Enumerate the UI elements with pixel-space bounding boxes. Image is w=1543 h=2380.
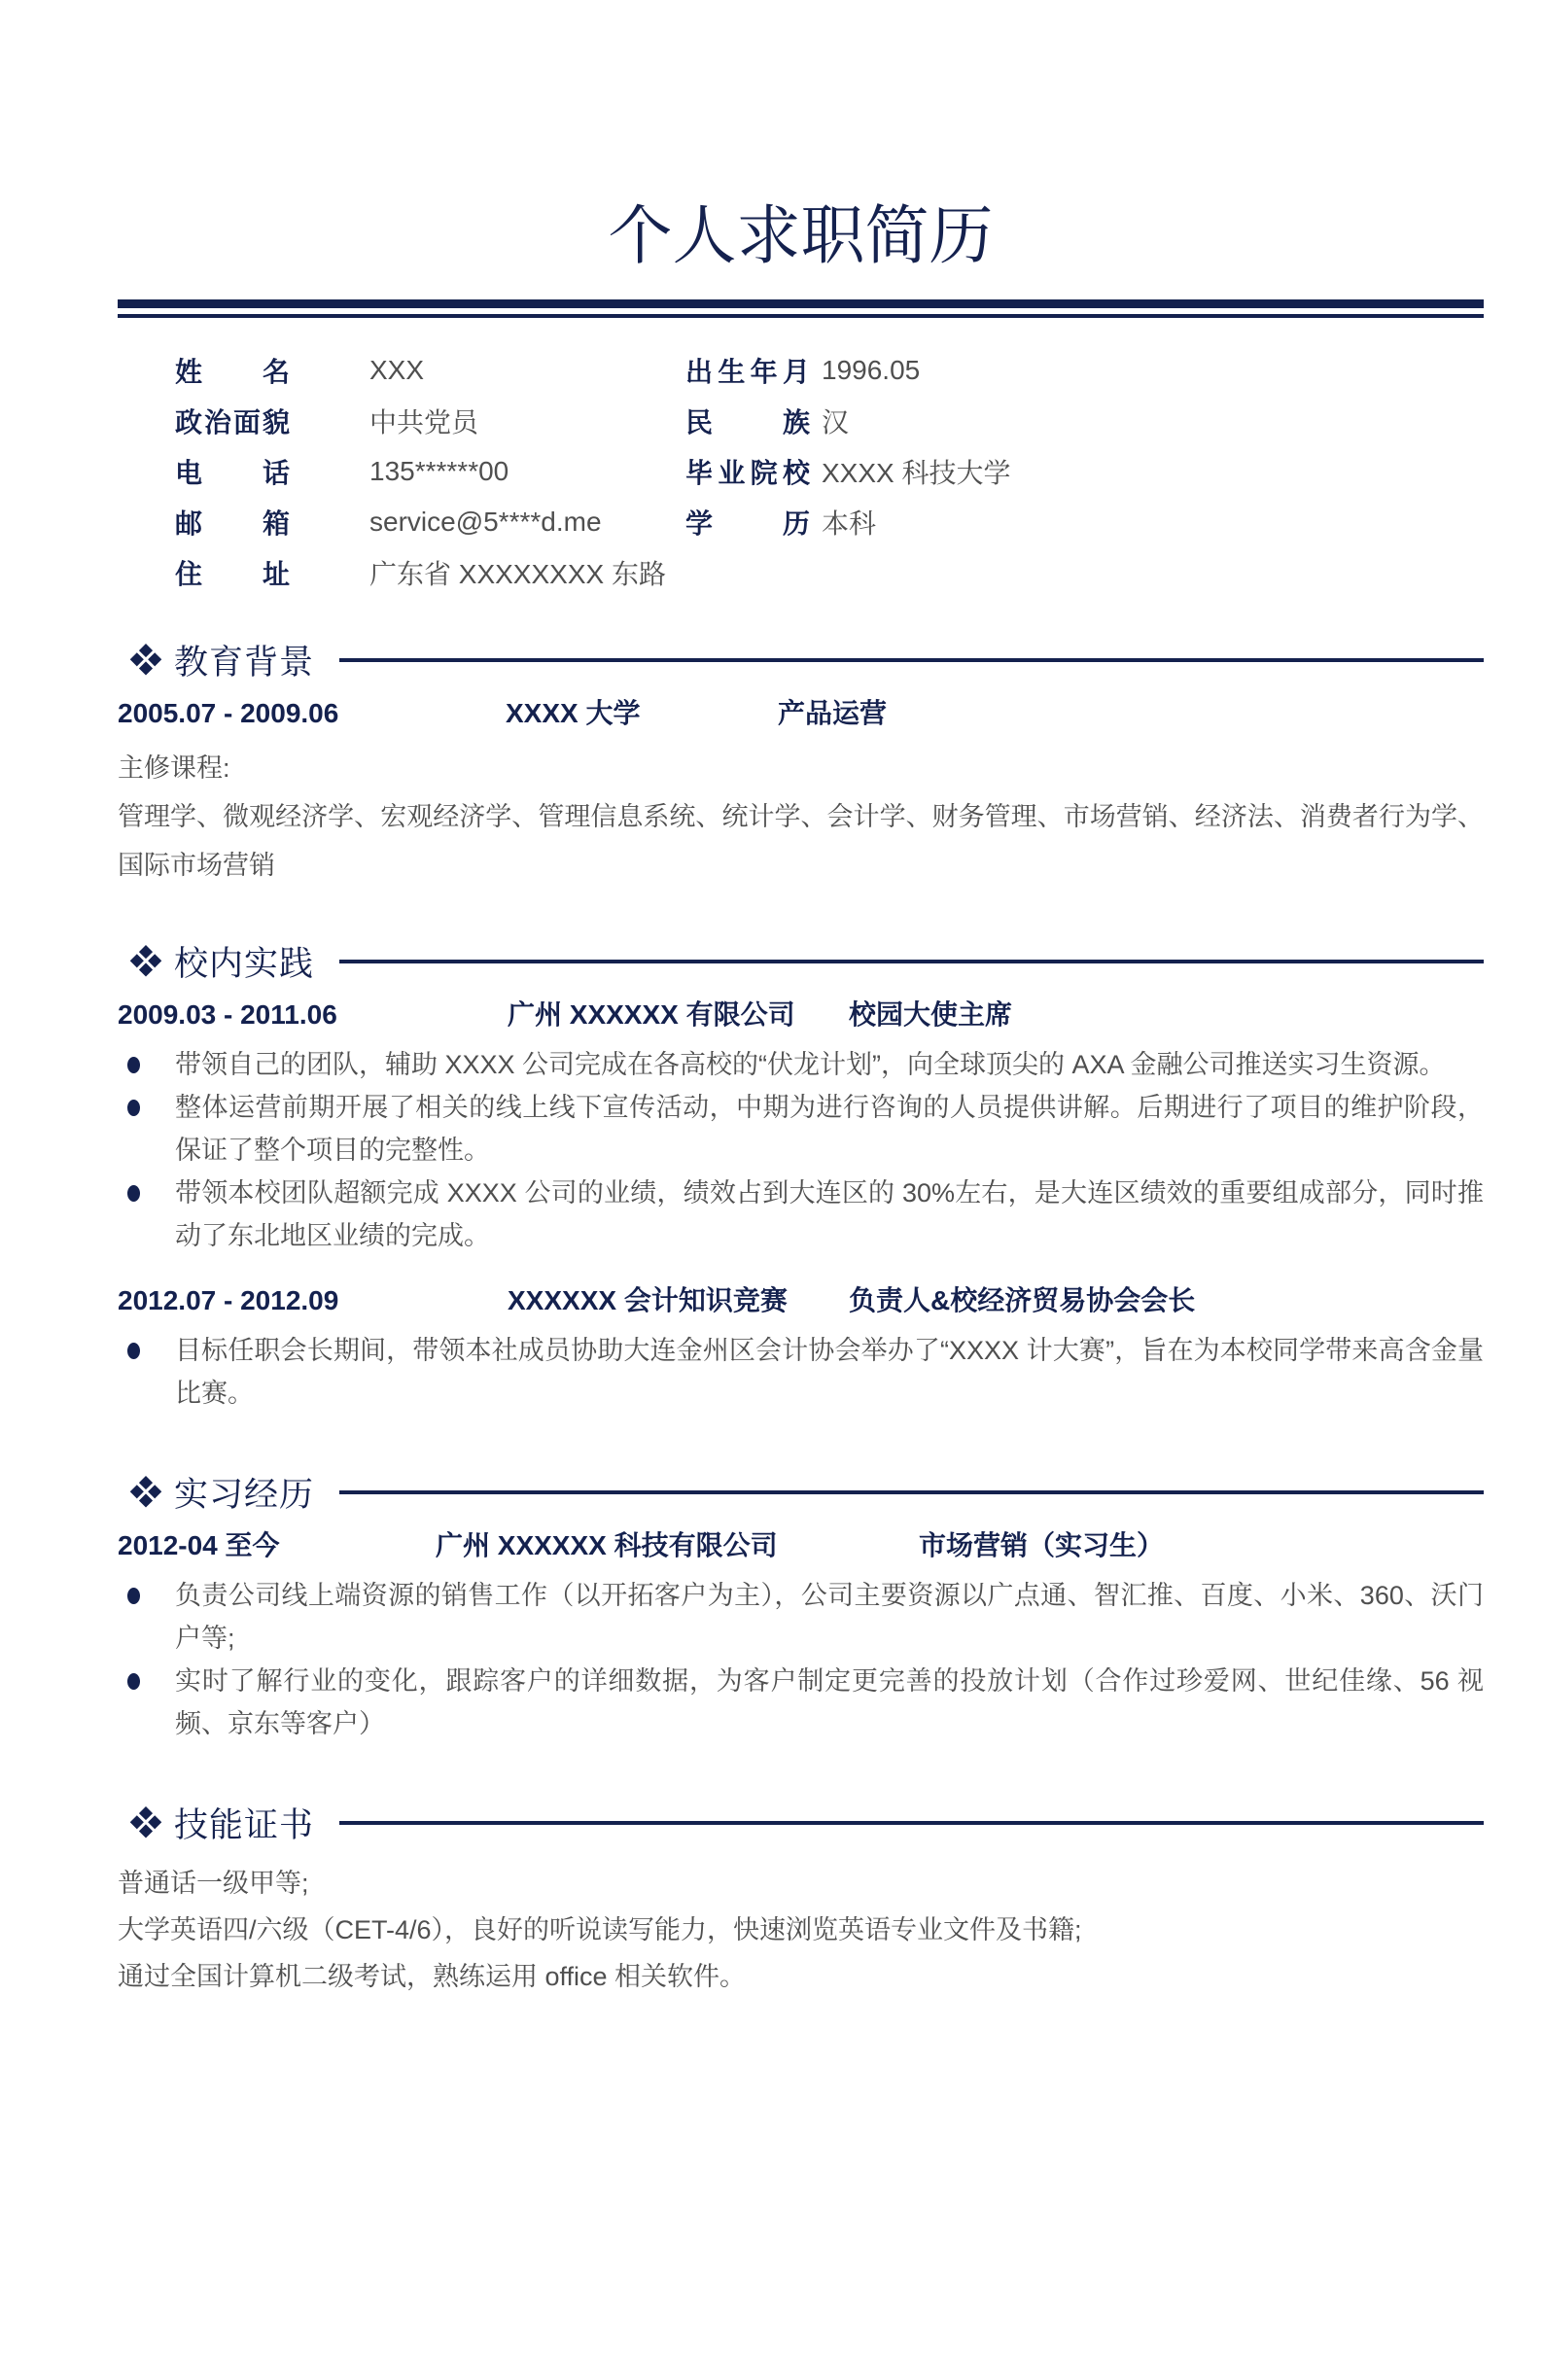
info-value-name: XXX <box>369 355 424 386</box>
info-cell-degree: 学历 本科 <box>685 503 876 542</box>
info-cell-address: 住址 广东省 XXXXXXXX 东路 <box>175 553 685 592</box>
entry-organization: 广州 XXXXXX 科技有限公司 <box>436 1529 919 1562</box>
section-title-skills: 技能证书 <box>174 1799 314 1847</box>
info-label-birth: 出生年月 <box>685 351 810 390</box>
education-entry: 2005.07 - 2009.06 XXXX 大学 产品运营 <box>118 697 1484 730</box>
section-title-campus: 校内实践 <box>174 937 314 986</box>
info-label-school: 毕业院校 <box>685 452 810 491</box>
info-row: 政治面貌 中共党员 民族 汉 <box>118 396 1484 446</box>
section-rule <box>339 1490 1484 1494</box>
info-row: 姓名 XXX 出生年月 1996.05 <box>118 345 1484 396</box>
section-rule <box>339 960 1484 963</box>
info-label-address: 住址 <box>175 553 290 592</box>
info-label-phone: 电话 <box>175 452 290 491</box>
section-header-internship: 实习经历 <box>118 1469 1484 1516</box>
entry-period: 2009.03 - 2011.06 <box>118 998 508 1032</box>
section-header-education: 教育背景 <box>118 637 1484 683</box>
info-value-degree: 本科 <box>822 503 876 542</box>
bullet-item: 带领本校团队超额完成 XXXX 公司的业绩，绩效占到大连区的 30%左右，是大连… <box>118 1172 1484 1257</box>
section-header-skills: 技能证书 <box>118 1800 1484 1846</box>
campus-bullets-2: 目标任职会长期间，带领本社成员协助大连金州区会计协会举办了“XXXX 计大赛”，… <box>118 1329 1484 1415</box>
info-row: 住址 广东省 XXXXXXXX 东路 <box>118 547 1484 598</box>
bullet-item: 带领自己的团队，辅助 XXXX 公司完成在各高校的“伏龙计划”，向全球顶尖的 A… <box>118 1043 1484 1086</box>
info-value-ethnic: 汉 <box>822 402 849 440</box>
info-cell-name: 姓名 XXX <box>175 351 685 390</box>
campus-entry-1: 2009.03 - 2011.06 广州 XXXXXX 有限公司 校园大使主席 <box>118 998 1484 1032</box>
entry-period: 2012-04 至今 <box>118 1529 436 1562</box>
bullet-item: 实时了解行业的变化，跟踪客户的详细数据，为客户制定更完善的投放计划（合作过珍爱网… <box>118 1660 1484 1745</box>
info-value-address: 广东省 XXXXXXXX 东路 <box>369 553 666 592</box>
entry-period: 2005.07 - 2009.06 <box>118 697 506 730</box>
info-cell-phone: 电话 135******00 <box>175 452 685 491</box>
entry-period: 2012.07 - 2012.09 <box>118 1284 508 1317</box>
entry-role: 负责人&校经济贸易协会会长 <box>849 1284 1195 1317</box>
courses-lead: 主修课程: <box>118 744 1484 792</box>
info-cell-birth: 出生年月 1996.05 <box>685 351 920 390</box>
bullet-item: 整体运营前期开展了相关的线上线下宣传活动，中期为进行咨询的人员提供讲解。后期进行… <box>118 1086 1484 1172</box>
info-value-school: XXXX 科技大学 <box>822 452 1010 491</box>
entry-role: 校园大使主席 <box>849 998 1012 1032</box>
entry-role: 市场营销（实习生） <box>919 1529 1164 1562</box>
section-header-campus: 校内实践 <box>118 938 1484 985</box>
entry-organization: 广州 XXXXXX 有限公司 <box>508 998 849 1032</box>
campus-entry-2: 2012.07 - 2012.09 XXXXXX 会计知识竞赛 负责人&校经济贸… <box>118 1284 1484 1317</box>
info-value-political: 中共党员 <box>369 402 478 440</box>
info-value-phone: 135******00 <box>369 456 508 487</box>
entry-organization: XXXX 大学 <box>506 697 778 730</box>
info-row: 电话 135******00 毕业院校 XXXX 科技大学 <box>118 446 1484 497</box>
info-label-email: 邮箱 <box>175 503 290 542</box>
section-title-internship: 实习经历 <box>174 1468 314 1517</box>
skill-line: 普通话一级甲等; <box>118 1860 1484 1907</box>
title-double-rule <box>118 299 1484 318</box>
info-label-political: 政治面貌 <box>175 402 290 440</box>
diamonds-icon <box>129 945 162 978</box>
section-rule <box>339 658 1484 662</box>
section-rule <box>339 1821 1484 1825</box>
info-label-name: 姓名 <box>175 351 290 390</box>
skill-line: 通过全国计算机二级考试，熟练运用 office 相关软件。 <box>118 1953 1484 2000</box>
diamonds-icon <box>129 644 162 677</box>
internship-entry: 2012-04 至今 广州 XXXXXX 科技有限公司 市场营销（实习生） <box>118 1529 1484 1562</box>
info-cell-political: 政治面貌 中共党员 <box>175 402 685 440</box>
skills-lines: 普通话一级甲等; 大学英语四/六级（CET-4/6），良好的听说读写能力，快速浏… <box>118 1860 1484 2000</box>
diamonds-icon <box>129 1806 162 1839</box>
info-cell-ethnic: 民族 汉 <box>685 402 849 440</box>
entry-role: 产品运营 <box>778 697 887 730</box>
resume-page: 个人求职简历 姓名 XXX 出生年月 1996.05 政治面貌 中共党员 民族 … <box>0 197 1543 2000</box>
info-cell-email: 邮箱 service@5****d.me <box>175 503 685 542</box>
courses-list: 管理学、微观经济学、宏观经济学、管理信息系统、统计学、会计学、财务管理、市场营销… <box>118 792 1484 890</box>
bullet-item: 负责公司线上端资源的销售工作（以开拓客户为主），公司主要资源以广点通、智汇推、百… <box>118 1574 1484 1660</box>
info-row: 邮箱 service@5****d.me 学历 本科 <box>118 497 1484 547</box>
info-value-birth: 1996.05 <box>822 355 920 386</box>
personal-info: 姓名 XXX 出生年月 1996.05 政治面貌 中共党员 民族 汉 电话 13… <box>118 345 1484 598</box>
info-label-degree: 学历 <box>685 503 810 542</box>
entry-organization: XXXXXX 会计知识竞赛 <box>508 1284 849 1317</box>
info-cell-school: 毕业院校 XXXX 科技大学 <box>685 452 1010 491</box>
campus-bullets-1: 带领自己的团队，辅助 XXXX 公司完成在各高校的“伏龙计划”，向全球顶尖的 A… <box>118 1043 1484 1257</box>
info-label-ethnic: 民族 <box>685 402 810 440</box>
section-title-education: 教育背景 <box>174 636 314 684</box>
internship-bullets: 负责公司线上端资源的销售工作（以开拓客户为主），公司主要资源以广点通、智汇推、百… <box>118 1574 1484 1745</box>
info-value-email: service@5****d.me <box>369 507 602 538</box>
page-title: 个人求职简历 <box>118 197 1484 273</box>
bullet-item: 目标任职会长期间，带领本社成员协助大连金州区会计协会举办了“XXXX 计大赛”，… <box>118 1329 1484 1415</box>
skill-line: 大学英语四/六级（CET-4/6），良好的听说读写能力，快速浏览英语专业文件及书… <box>118 1907 1484 1953</box>
diamonds-icon <box>129 1476 162 1509</box>
